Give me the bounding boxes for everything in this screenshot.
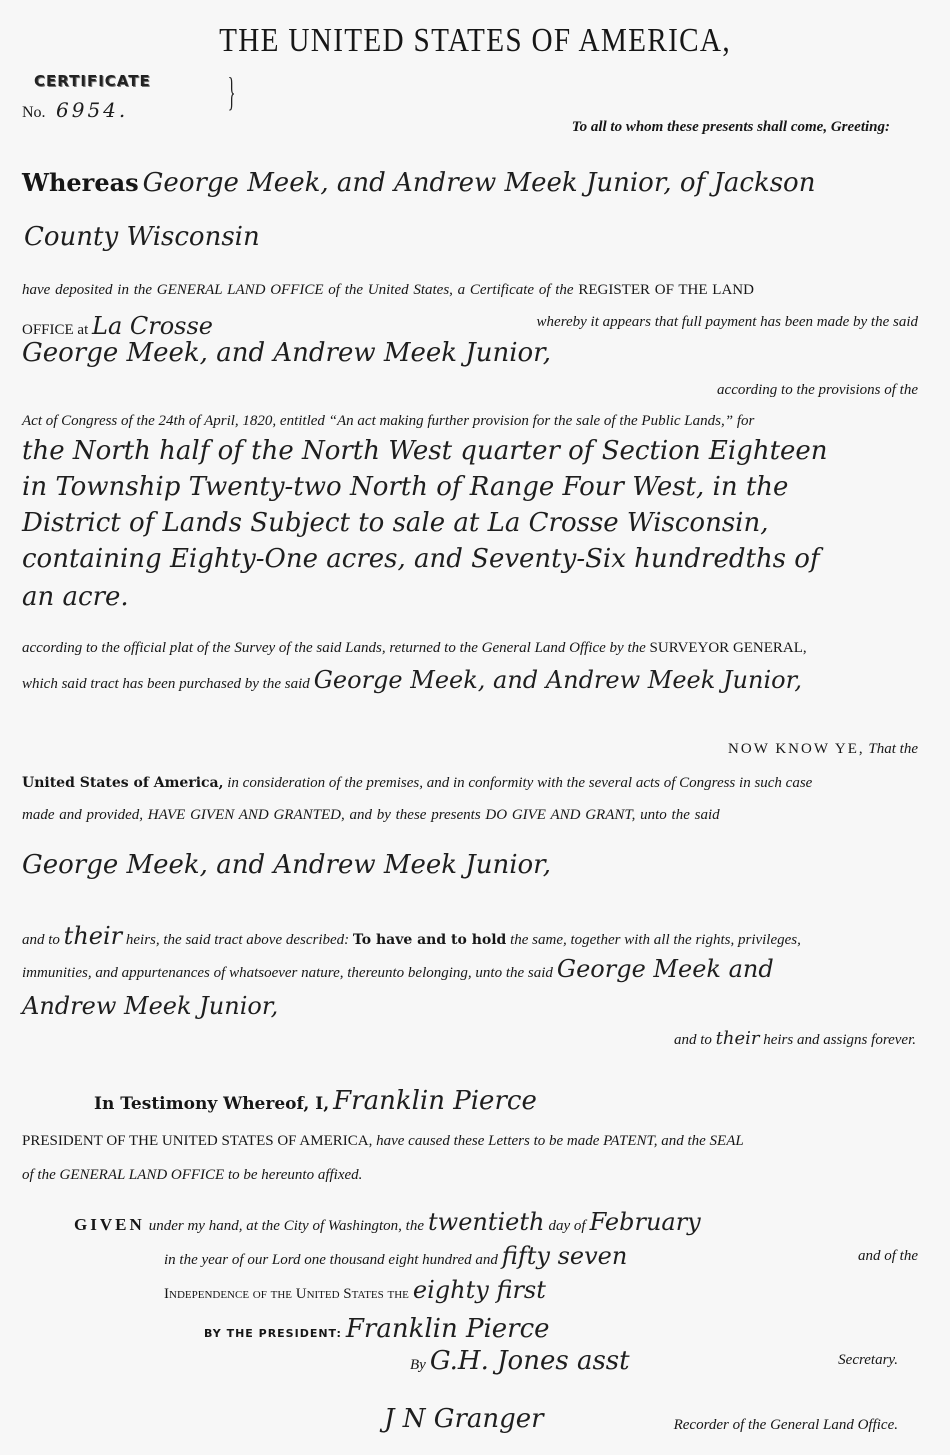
recorder-label: Recorder of the General Land Office.	[674, 1417, 898, 1434]
tract-line-5: an acre.	[22, 582, 129, 612]
survey-line: according to the official plat of the Su…	[22, 640, 807, 657]
grant-line: made and provided, HAVE GIVEN AND GRANTE…	[22, 807, 720, 824]
independence-handwritten: eighty first	[413, 1276, 546, 1304]
recorder-signature: J N Granger	[384, 1404, 544, 1434]
grantees-county: County Wisconsin	[24, 222, 260, 252]
to-have-and-to-hold: To have and to hold	[353, 932, 506, 948]
tract-line-4: containing Eighty-One acres, and Seventy…	[22, 544, 820, 574]
whereas-line: Whereas George Meek, and Andrew Meek Jun…	[22, 168, 815, 198]
greeting: To all to whom these presents shall come…	[572, 119, 890, 136]
act-text: Act of Congress of the 24th of April, 18…	[22, 413, 754, 430]
provisions-text: according to the provisions of the	[717, 382, 918, 399]
grantees-handwritten: George Meek, and Andrew Meek Junior, of …	[143, 168, 816, 198]
month-handwritten: February	[590, 1208, 701, 1236]
consideration-line: United States of America, in considerati…	[22, 775, 812, 792]
testimony-line: In Testimony Whereof, I, Franklin Pierce	[94, 1086, 537, 1116]
secretary-label: Secretary.	[838, 1352, 898, 1369]
and-of-the: and of the	[858, 1248, 918, 1265]
seal-line: of the GENERAL LAND OFFICE to be hereunt…	[22, 1167, 362, 1184]
whereas-lead: Whereas	[22, 168, 139, 197]
secretary-line: By G.H. Jones asst	[410, 1346, 630, 1376]
given-line: GIVEN under my hand, at the City of Wash…	[74, 1208, 701, 1236]
immunities-line: immunities, and appurtenances of whatsoe…	[22, 955, 774, 983]
certificate-label: CERTIFICATE	[34, 72, 151, 90]
now-know-line: NOW KNOW YE, That the	[728, 741, 918, 758]
document-title: THE UNITED STATES OF AMERICA,	[67, 22, 884, 60]
certificate-number-label: No.	[22, 104, 46, 122]
grantees-handwritten-2: George Meek, and Andrew Meek Junior,	[22, 850, 551, 880]
office-location: La Crosse	[92, 312, 213, 340]
president-signature: Franklin Pierce	[346, 1314, 550, 1344]
payment-text: whereby it appears that full payment has…	[537, 314, 918, 331]
brace-icon: }	[228, 72, 236, 112]
payers-handwritten: George Meek, and Andrew Meek Junior,	[22, 338, 551, 368]
tract-line-3: District of Lands Subject to sale at La …	[22, 508, 768, 538]
unto-names-2: Andrew Meek Junior,	[22, 992, 278, 1020]
certificate-number: 6954.	[56, 98, 128, 122]
heirs-line: and to their heirs, the said tract above…	[22, 922, 801, 950]
purchased-line: which said tract has been purchased by t…	[22, 666, 802, 694]
tract-line-1: the North half of the North West quarter…	[22, 436, 828, 466]
president-name-handwritten: Franklin Pierce	[333, 1086, 537, 1116]
tract-line-2: in Township Twenty-two North of Range Fo…	[22, 472, 788, 502]
president-title-line: PRESIDENT OF THE UNITED STATES OF AMERIC…	[22, 1133, 744, 1150]
deposited-line: have deposited in the GENERAL LAND OFFIC…	[22, 282, 754, 299]
year-handwritten: fifty seven	[502, 1242, 627, 1270]
assigns-line: and to their heirs and assigns forever.	[674, 1028, 916, 1049]
day-handwritten: twentieth	[428, 1208, 544, 1236]
year-line: in the year of our Lord one thousand eig…	[164, 1242, 627, 1270]
purchasers-handwritten: George Meek, and Andrew Meek Junior,	[314, 666, 802, 694]
office-line: OFFICE at La Crosse	[22, 312, 213, 340]
usa-blackletter: United States of America,	[22, 775, 224, 791]
secretary-signature: G.H. Jones asst	[430, 1346, 630, 1376]
independence-line: Independence of the United States the ei…	[164, 1276, 546, 1304]
by-the-president-line: BY THE PRESIDENT: Franklin Pierce	[204, 1314, 550, 1344]
